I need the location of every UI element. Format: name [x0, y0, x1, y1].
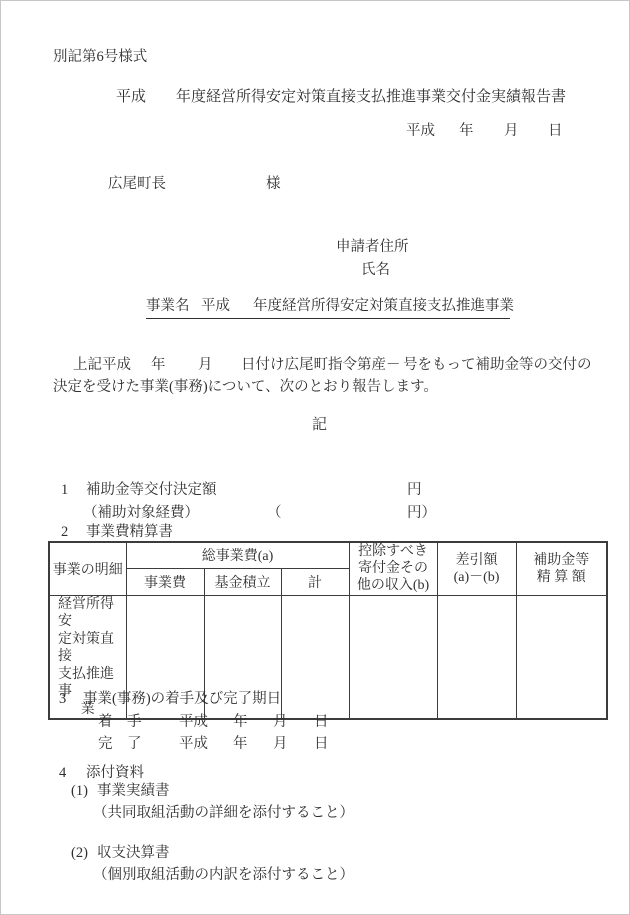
- applicant-address-label: 申請者住所: [336, 238, 409, 256]
- date-day-label: 日: [548, 122, 563, 140]
- section2-label: 事業費精算書: [86, 523, 173, 541]
- section4-label: 添付資料: [86, 764, 144, 782]
- section1-number: 1: [61, 481, 68, 499]
- addressee-honorific: 様: [266, 175, 281, 193]
- start-era: 平成: [179, 713, 208, 731]
- th-sum: 計: [281, 568, 349, 595]
- project-name-text: 年度経営所得安定対策直接支払推進事業: [253, 297, 514, 315]
- intro-seg-month: 月: [198, 356, 213, 374]
- intro-seg-year: 年: [151, 356, 166, 374]
- end-label: 完 了: [98, 735, 142, 753]
- form-code: 別記第6号様式: [53, 48, 147, 66]
- th-project-cost: 事業費: [126, 568, 204, 595]
- cell-difference: [437, 595, 516, 719]
- section1-unit-yen-close: 円）: [407, 504, 436, 522]
- end-day-label: 日: [314, 735, 329, 753]
- section3-label: 事業(事務)の着手及び完了期日: [83, 690, 281, 708]
- attachment1-note: （共同取組活動の詳細を添付すること）: [93, 804, 354, 822]
- start-month-label: 月: [273, 713, 288, 731]
- intro-seg-grant: 号をもって補助金等の交付の: [403, 356, 592, 374]
- attachment1-title: 事業実績書: [97, 782, 170, 800]
- project-name-era: 平成: [201, 297, 230, 315]
- intro-line2: 決定を受けた事業(事務)について、次のとおり報告します。: [53, 378, 438, 396]
- applicant-name-label: 氏名: [361, 261, 390, 279]
- th-subsidy-settled: 補助金等 精 算 額: [516, 542, 607, 595]
- intro-seg-directive: 日付け広尾町指令第産－: [241, 356, 401, 374]
- date-era: 平成: [406, 122, 435, 140]
- th-total-cost-group: 総事業費(a): [126, 542, 349, 568]
- section1-unit-yen: 円: [407, 481, 422, 499]
- attachment2-note: （個別取組活動の内訳を添付すること）: [93, 866, 354, 884]
- cell-deductible: [349, 595, 437, 719]
- th-fund-reserve: 基金積立: [204, 568, 281, 595]
- report-title-era: 平成: [116, 88, 146, 107]
- section1-sub-label: （補助対象経費）: [83, 504, 199, 522]
- start-year-label: 年: [233, 713, 248, 731]
- project-name-line: 事業名 平成 年度経営所得安定対策直接支払推進事業: [146, 297, 510, 319]
- start-day-label: 日: [314, 713, 329, 731]
- section1-label: 補助金等交付決定額: [86, 481, 217, 499]
- date-year-label: 年: [459, 122, 474, 140]
- report-title: 年度経営所得安定対策直接支払推進事業交付金実績報告書: [176, 88, 566, 107]
- end-era: 平成: [179, 735, 208, 753]
- date-month-label: 月: [504, 122, 519, 140]
- project-name-label: 事業名: [146, 297, 190, 315]
- cell-sum: [281, 595, 349, 719]
- section4-number: 4: [59, 764, 66, 782]
- th-project-detail: 事業の明細: [49, 542, 126, 595]
- start-label: 着 手: [98, 713, 142, 731]
- th-difference: 差引額 (a)－(b): [437, 542, 516, 595]
- attachment2-number: (2): [71, 844, 88, 862]
- addressee-name: 広尾町長: [108, 175, 166, 193]
- section3-number: 3: [59, 690, 66, 708]
- th-deductible-income: 控除すべき 寄付金その 他の収入(b): [349, 542, 437, 595]
- intro-seg-jouki-heisei: 上記平成: [73, 356, 131, 374]
- cell-subsidy: [516, 595, 607, 719]
- section2-number: 2: [61, 523, 68, 541]
- report-form-page: 別記第6号様式 平成 年度経営所得安定対策直接支払推進事業交付金実績報告書 平成…: [0, 0, 630, 915]
- end-year-label: 年: [233, 735, 248, 753]
- attachment1-number: (1): [71, 782, 88, 800]
- end-month-label: 月: [273, 735, 288, 753]
- ki-heading: 記: [312, 416, 327, 435]
- attachment2-title: 収支決算書: [97, 844, 170, 862]
- section1-open-paren: （: [267, 504, 282, 522]
